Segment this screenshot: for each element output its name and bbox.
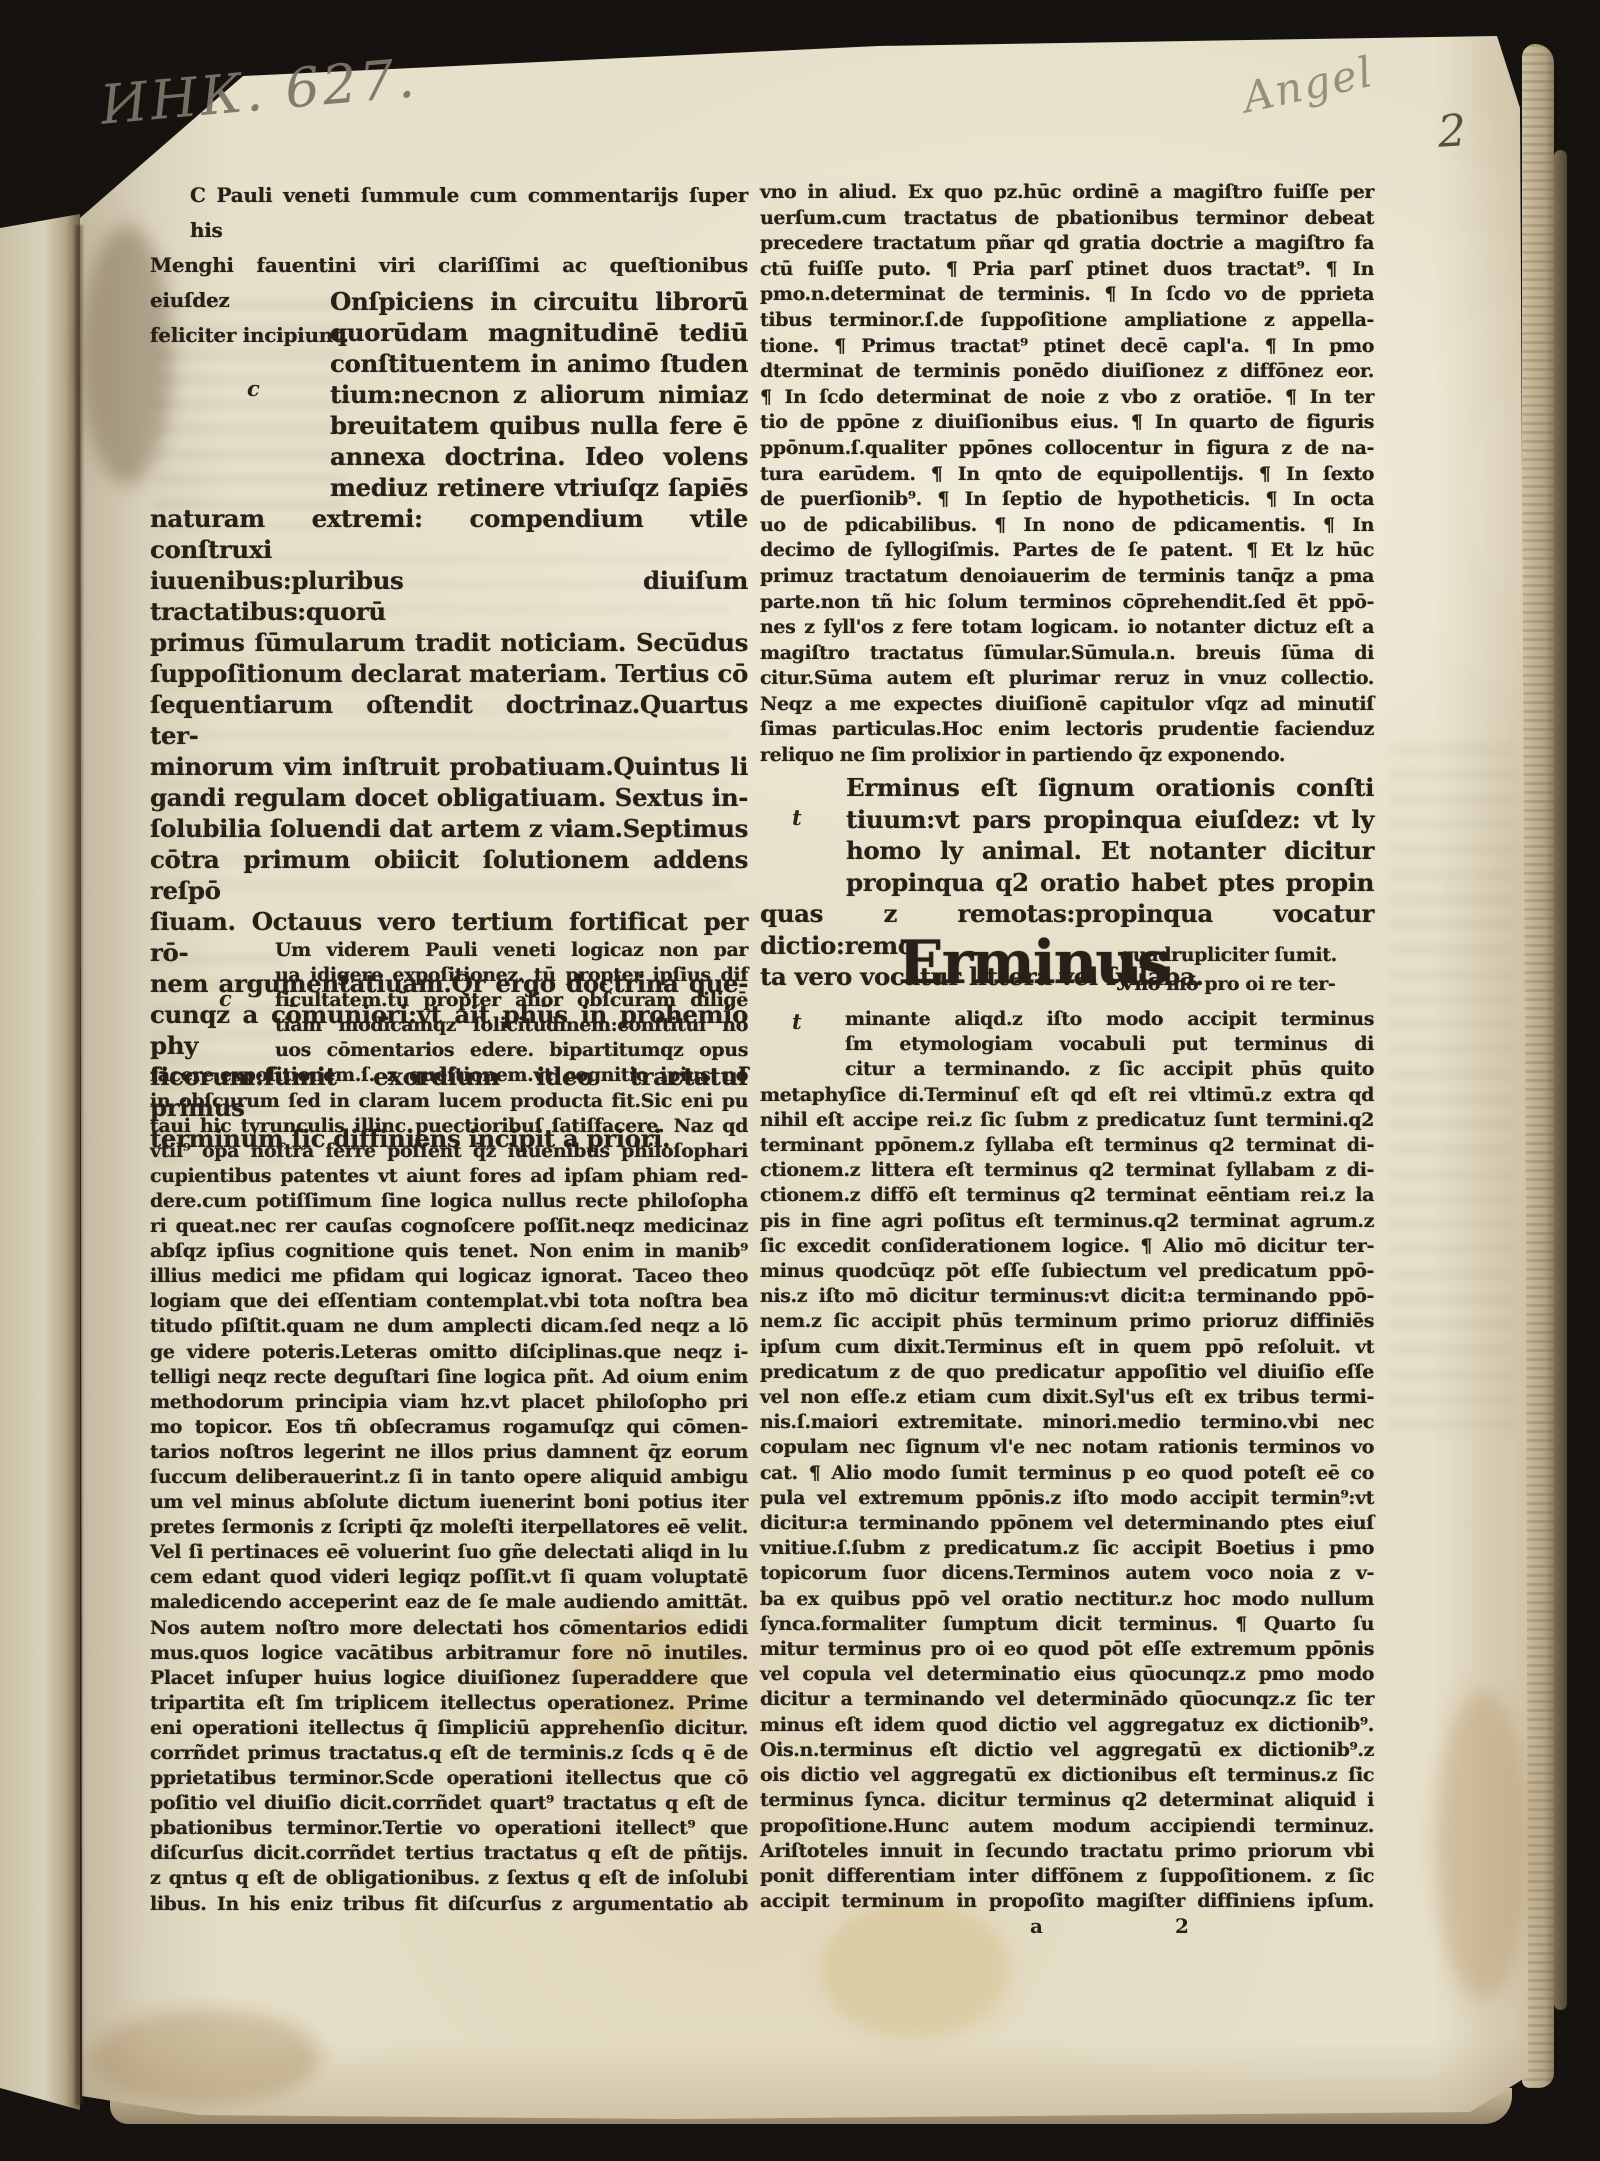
text-line: annexa doctrina. Ideo volens [150, 441, 748, 472]
folio-number: 2 [1437, 105, 1468, 157]
text-line: ua idigere expoſitionez. tū propter ipſi… [150, 963, 748, 988]
text-line: ponit differentiam inter diffōnem z ſupp… [760, 1864, 1374, 1889]
text-line: Ariſtoteles innuit in ſecundo tractatu p… [760, 1839, 1374, 1864]
margin-guide-letter-t2: t [792, 1009, 802, 1034]
text-line: libus. In his eniz tribus fit diſcurſus … [150, 1892, 748, 1917]
text-line: decimo de ſyllogiſmis. Partes de ſe pate… [760, 538, 1374, 564]
text-line: illius medici me pfidam qui logicaz igno… [150, 1264, 748, 1289]
text-line: ficultatem.tū propter alior obſcuram dil… [150, 988, 748, 1013]
margin-guide-letter-t1: t [792, 805, 802, 830]
text-line: minorum vim inſtruit probatiuam.Quintus … [150, 751, 748, 782]
paper-stain [90, 2010, 320, 2105]
text-line: cupientibus patentes vt aiunt fores ad i… [150, 1164, 748, 1189]
text-line: reliquo ne ſim prolixior in partiendo q̄… [760, 743, 1374, 769]
text-line: cōtra primum obiicit ſolutionem addens r… [150, 844, 748, 906]
text-line: Erminus eſt ſignum orationis conſti [760, 772, 1374, 804]
text-line: tiam modicamqz ſolicitudinem:conſtitui n… [150, 1013, 748, 1038]
text-line: tiuum:vt pars propinqua eiuſdez: vt ly [760, 804, 1374, 836]
text-line: Placet inſuper huius logice diuiſionez ſ… [150, 1666, 748, 1691]
text-line: ctū fuiſſe puto. ¶ Pria parſ ptinet duos… [760, 257, 1374, 283]
text-line: quorūdam magnitudinē tediū [150, 317, 748, 348]
text-line: z qntus q eſt de obligationibus. z ſextu… [150, 1866, 748, 1891]
text-line: topicorum ſuor dicens.Terminos autem voc… [760, 1561, 1374, 1586]
text-line: conſtituentem in animo ſtuden [150, 348, 748, 379]
text-line: dicitur a terminando vel determinādo qūo… [760, 1687, 1374, 1712]
text-line: minante aliqd.z iſto modo accipit termin… [760, 1007, 1374, 1032]
text-line: poſitio vel diuiſio dicit.corrñdet quart… [150, 1791, 748, 1816]
text-line: Nos autem noſtro more delectati hos cōme… [150, 1616, 748, 1641]
fore-edge-page-stack-outer [1554, 150, 1567, 2010]
text-line: ge videre poteris.Leteras omitto diſcipl… [150, 1340, 748, 1365]
showthrough-ghost [1390, 745, 1515, 1445]
text-line: uo de pdicabilibus. ¶ In nono de pdicame… [760, 513, 1374, 539]
text-line: diſcurſus dicit.corrñdet tertius tractat… [150, 1841, 748, 1866]
previous-leaf-edge [0, 214, 80, 2110]
text-line: ¶ In ſcdo determinat de noie z vbo z ora… [760, 385, 1374, 411]
right-commentary-block: vno in aliud. Ex quo pz.hūc ordinē a mag… [760, 180, 1374, 769]
text-line: mo topicor. Eos tñ obſecramus rogamuſqz … [150, 1415, 748, 1440]
text-line: ſimas particulas.Hoc enim lectoris prude… [760, 717, 1374, 743]
text-line: citur.Sūma autem eſt plurimar reruz in v… [760, 666, 1374, 692]
text-line: minus quodcūqz pōt eſſe ſubiectum vel pr… [760, 1259, 1374, 1284]
text-line: ri queat.nec rer cauſas cognoſcere poſſi… [150, 1214, 748, 1239]
text-line: nem.z ſic accipit phūs terminum primo pr… [760, 1309, 1374, 1334]
text-line: pretes ſermonis z ſcripti q̄z moleſti it… [150, 1515, 748, 1540]
gutter-shadow [74, 225, 83, 2105]
text-line: gandi regulam docet obligatiuam. Sextus … [150, 782, 748, 813]
text-line: maledicendo acceperint eaz de ſe male au… [150, 1590, 748, 1615]
text-line: ſynca.formaliter ſumptum dicit terminus.… [760, 1612, 1374, 1637]
signature-number: 2 [1175, 1914, 1189, 1938]
text-line: nis.z iſto mō dicitur terminus:vt dicit:… [760, 1284, 1374, 1309]
text-line: ſolubilia ſoluendi dat artem z viam.Sept… [150, 813, 748, 844]
text-line: abſqz ipſius cognitione quis tenet. Non … [150, 1239, 748, 1264]
text-line: ſm etymologiam vocabuli put terminus di [760, 1032, 1374, 1057]
text-line: methodorum principia viam hz.vt placet p… [150, 1390, 748, 1415]
text-line: telligi neqz recte deguſtari ſine logica… [150, 1365, 748, 1390]
text-line: eni operationi itellectus q̄ ſimpliciū a… [150, 1716, 748, 1741]
text-line: mus.quos logice vacātibus arbitramur for… [150, 1641, 748, 1666]
text-line: Neqz a me expectes diuiſionē capitulor v… [760, 692, 1374, 718]
text-line: iuuenibus:pluribus diuiſum tractatibus:q… [150, 565, 748, 627]
text-line: propinqua q2 oratio habet ptes propin [760, 867, 1374, 899]
text-line: Um viderem Pauli veneti logicaz non par [150, 938, 748, 963]
text-line: ppōnum.ſ.qualiter ppōnes collocentur in … [760, 436, 1374, 462]
text-line: vtil⁹ opa noſtra ferre poſſent q̄z iuuen… [150, 1139, 748, 1164]
text-line: naturam extremi: compendium vtile conſtr… [150, 503, 748, 565]
text-line: predicatum z de quo predicatur appoſitio… [760, 1360, 1374, 1385]
text-line: nes z ſyll'os z fere totam logicam. io n… [760, 615, 1374, 641]
text-line: pbationibus terminor.Tertie vo operation… [150, 1816, 748, 1841]
text-line: corrñdet primus tractatus.q eſt de termi… [150, 1741, 748, 1766]
text-line: vno in aliud. Ex quo pz.hūc ordinē a mag… [760, 180, 1374, 206]
text-line: de puerſionib⁹. ¶ In ſeptio de hypotheti… [760, 487, 1374, 513]
text-line: mitur terminus pro oi eo quod pōt eſſe e… [760, 1637, 1374, 1662]
text-line: homo ly animal. Et notanter dicitur [760, 835, 1374, 867]
text-line: tura earūdem. ¶ In qnto de equipollentij… [760, 462, 1374, 488]
text-line: ois dictio vel aggregatū ex dictionibus … [760, 1763, 1374, 1788]
text-line: pprietatibus terminor.Scde operationi it… [150, 1766, 748, 1791]
text-line: terminant ppōnem.z ſyllaba eſt terminus … [760, 1133, 1374, 1158]
text-line: titudo pſiſtit.quam ne dum amplecti dica… [150, 1314, 748, 1339]
left-commentary-block: Um viderem Pauli veneti logicaz non paru… [150, 938, 748, 1917]
text-line: um vel minus abſolute dictum iuenerint b… [150, 1490, 748, 1515]
text-line: in obſcurum ſed in claram lucem producta… [150, 1089, 748, 1114]
text-line: ba ex quibus ppō vel oratio nectitur.z h… [760, 1587, 1374, 1612]
text-line: tripartita eſt ſm triplicem itellectus o… [150, 1691, 748, 1716]
text-line: parte.non tñ hic ſolum terminos cōprehen… [760, 590, 1374, 616]
text-line: accipit terminum in propoſito magiſter d… [760, 1889, 1374, 1914]
text-line: uerſum.cum tractatus de pbationibus term… [760, 206, 1374, 232]
text-line: ſuccum deliberauerint.z ſi in tanto oper… [150, 1465, 748, 1490]
paper-stain [820, 1900, 1010, 2040]
text-line: vel non eſſe.z etiam cum dixit.Syl'us eſ… [760, 1385, 1374, 1410]
text-line: terminus ſynca. dicitur terminus q2 dete… [760, 1788, 1374, 1813]
text-line: pis in fine agri poſitus eſt terminus.q2… [760, 1209, 1374, 1234]
text-line: cem edant quod videri legiqz poſſit.vt ſ… [150, 1565, 748, 1590]
text-line: Onſpiciens in circuitu librorū [150, 286, 748, 317]
text-line: citur a terminando. z ſic accipit phūs q… [760, 1057, 1374, 1082]
text-line: primuz tractatum denoiauerim de terminis… [760, 564, 1374, 590]
text-line: dicitur:a terminando ppōnem vel determin… [760, 1511, 1374, 1536]
text-line: ipſum cum dixit.Terminus eſt in quem ppō… [760, 1335, 1374, 1360]
text-line: ctionem.z littera eſt terminus q2 termin… [760, 1158, 1374, 1183]
text-line: primus ſūmularum tradit noticiam. Secūdu… [150, 627, 748, 658]
text-line: dere.cum potiſſimum ſine logica nullus r… [150, 1189, 748, 1214]
right-commentary-block-2: minante aliqd.z iſto modo accipit termin… [760, 1007, 1374, 1914]
text-line: vnitiue.ſ.ſubm z predicatum.z ſic accipi… [760, 1536, 1374, 1561]
text-line: ſuppoſitionum declarat materiam. Tertius… [150, 658, 748, 689]
text-line: uos cōmentarios edere. bipartitumqz opus [150, 1038, 748, 1063]
text-line: logiam que dei eſſentiam contemplat.vbi … [150, 1289, 748, 1314]
text-line: tibus terminor.ſ.de ſuppoſitione ampliat… [760, 308, 1374, 334]
text-line: copulam nec ſignum vl'e nec notam ration… [760, 1435, 1374, 1460]
text-line: breuitatem quibus nulla fere ē [150, 410, 748, 441]
text-line: facere.expoſitionem.ſ. z queſtionem.vt c… [150, 1063, 748, 1088]
text-line: Vel ſi pertinaces eē voluerint ſuo gñe d… [150, 1540, 748, 1565]
text-line: taui hic tyrunculis illinc puectioribuſ … [150, 1114, 748, 1139]
text-line: cat. ¶ Alio modo ſumit terminus p eo quo… [760, 1461, 1374, 1486]
text-line: metaphyſice di.Terminuſ eſt qd eſt rei v… [760, 1083, 1374, 1108]
text-line: Ois.n.terminus eſt dictio vel aggregatū … [760, 1738, 1374, 1763]
lemma-heading: Erminus quadrupliciter ſumit. Vno mō pro… [760, 932, 1374, 1008]
text-line: dterminat de terminis ponēdo diuiſionez … [760, 359, 1374, 385]
text-line: minus eſt idem quod dictio vel aggregatu… [760, 1713, 1374, 1738]
text-line: magiſtro tractatus ſūmular.Sūmula.n. bre… [760, 641, 1374, 667]
lemma-side-line: quadrupliciter ſumit. [1120, 944, 1337, 966]
text-line: nis.ſ.maiori extremitate. minori.medio t… [760, 1410, 1374, 1435]
text-line: vel copula vel determinatio eius qūocunq… [760, 1662, 1374, 1687]
text-line: mediuz retinere vtriuſqz ſapiēs [150, 472, 748, 503]
text-line: tium:necnon z aliorum nimiaz [150, 379, 748, 410]
text-line: ſequentiarum oſtendit doctrinaz.Quartus … [150, 689, 748, 751]
text-line: nihil eſt accipe rei.z ſic ſubm z predic… [760, 1108, 1374, 1133]
lemma-side-line: Vno mō pro oi re ter- [1120, 973, 1335, 995]
text-line: tarios noſtros legerint ne illos prius d… [150, 1440, 748, 1465]
text-line: precedere tractatum pñar qd gratia doctr… [760, 231, 1374, 257]
signature-letter: a [1030, 1914, 1043, 1938]
text-line: propoſitione.Hunc autem modum accipiendi… [760, 1814, 1374, 1839]
paper-stain [1435, 1690, 1530, 2000]
margin-guide-letter-c1: c [247, 376, 260, 401]
text-line: pmo.n.determinat de terminis. ¶ In ſcdo … [760, 282, 1374, 308]
margin-guide-letter-c2: c [219, 986, 232, 1011]
text-line: ſic excedit conſiderationem logice. ¶ Al… [760, 1234, 1374, 1259]
text-line: C Pauli veneti ſummule cum commentarijs … [150, 178, 748, 248]
text-line: tione. ¶ Primus tractat⁹ ptinet decē cap… [760, 334, 1374, 360]
text-line: ctionem.z diffō eſt terminus q2 terminat… [760, 1183, 1374, 1208]
text-line: tio de ppōne z diuiſionibus eius. ¶ In q… [760, 410, 1374, 436]
text-line: pula vel extremum ppōnis.z iſto modo acc… [760, 1486, 1374, 1511]
